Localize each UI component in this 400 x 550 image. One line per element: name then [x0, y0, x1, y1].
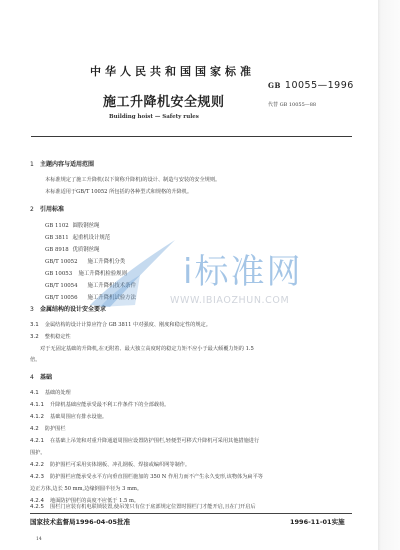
document-page: 中华人民共和国国家标准 GB10055—1996 施工升降机安全规则 代替 GB…: [0, 0, 400, 550]
watermark-brand: i标准网: [183, 244, 302, 293]
clause-3-2: 3.2整机稳定性: [30, 333, 71, 340]
clause-4-2-1: 4.2.1在基础上吊笼和对重升降通道周围应设置防护围栏,轻便型可移式升降机可采用…: [30, 437, 259, 444]
clause-4-2-3: 4.2.3防护围栏应能承受水平方向垂直围栏施加的 350 N 作用力而不产生永久…: [30, 473, 263, 480]
approval-date: 国家技术监督局1996-04-05批准: [30, 517, 130, 526]
clause-3-2-text: 对于无固定基础的升降机,在无附着、最大独立高度时的稳定力矩不应小于最大倾覆力矩的…: [40, 345, 254, 352]
document-title-cn: 施工升降机安全规则: [103, 91, 225, 110]
page-number: 14: [36, 537, 42, 542]
clause-3-1: 3.1金属结构的设计计算应符合 GB 3811 中对强度、刚度和稳定性的规定。: [30, 321, 211, 328]
clause-4-1-2: 4.1.2基础周围应有排水设施。: [30, 413, 107, 420]
section-4-heading: 4基础: [30, 372, 52, 381]
section-1-para-2: 本标准适用于GB/T 10052 所包括的各种型式和规格的升降机。: [45, 188, 192, 195]
header-divider: [31, 136, 352, 137]
clause-4-2-2: 4.2.2防护围栏可采用实体钢板、冲孔钢板、焊接或编织网等制作。: [30, 461, 190, 468]
country-standard-heading: 中华人民共和国国家标准: [90, 63, 255, 79]
standard-code-number: 10055—1996: [285, 80, 354, 91]
clause-4-2-1-cont: 围护。: [30, 449, 46, 456]
section-1-para-1: 本标准规定了施工升降机(以下简称升降机)的设计、制造与安装的安全规则。: [45, 176, 220, 183]
clause-4-2-5: 4.2.5围栏门应装有机电联锁装置,使吊笼只有位于底部规定位置时围栏门才能开启,…: [30, 503, 256, 510]
footer-divider: [30, 513, 352, 514]
clause-4-2-3-cont: 边正方体,边长 50 mm,边缘倒圆半径为 3 mm。: [30, 485, 142, 492]
standard-code: GB10055—1996: [268, 80, 354, 91]
section-1-heading: 1主题内容与适用范围: [30, 159, 94, 168]
watermark-url: WWW.IBIAOZHUN.COM: [170, 295, 289, 306]
page-gutter: [378, 0, 400, 550]
section-2-heading: 2引用标准: [30, 204, 64, 213]
watermark-logo-icon: [80, 235, 180, 310]
clause-3-2-text-cont: 倍。: [30, 356, 40, 363]
reference-item: GB 1102 圆股钢丝绳: [45, 221, 99, 229]
clause-4-1-1: 4.1.1升降机基础应能承受最不利工作条件下的全部载荷。: [30, 401, 169, 408]
effective-date: 1996-11-01实施: [290, 517, 345, 526]
document-title-en: Building hoist — Safety rules: [109, 114, 199, 120]
clause-4-1: 4.1基础的处理: [30, 389, 71, 396]
standard-code-prefix: GB: [268, 81, 281, 90]
replaces-standard: 代替 GB 10055—88: [268, 101, 316, 108]
clause-4-2: 4.2防护围栏: [30, 425, 66, 432]
